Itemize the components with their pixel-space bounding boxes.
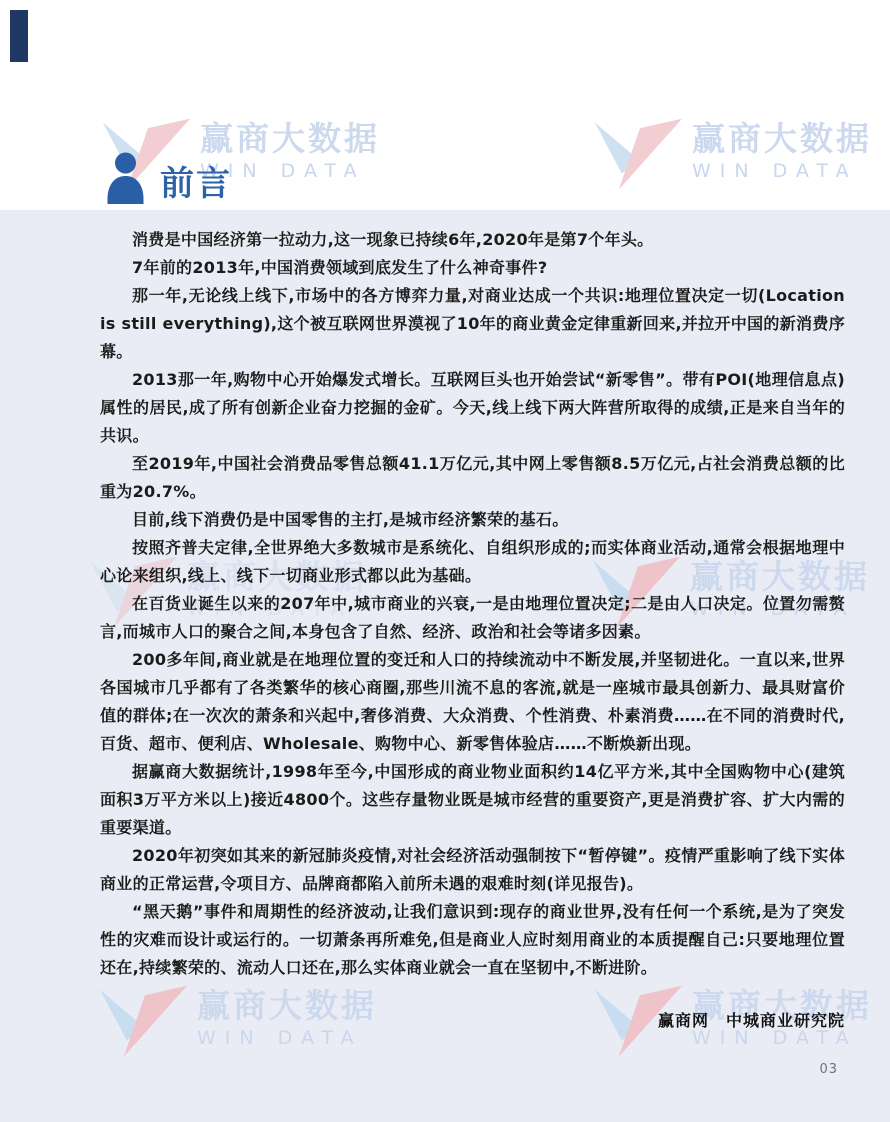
paragraph: 按照齐普夫定律,全世界绝大多数城市是系统化、自组织形成的;而实体商业活动,通常会…	[100, 534, 845, 590]
paragraph: 7年前的2013年,中国消费领域到底发生了什么神奇事件?	[100, 254, 845, 282]
paragraph: 目前,线下消费仍是中国零售的主打,是城市经济繁荣的基石。	[100, 506, 845, 534]
person-icon	[104, 152, 149, 204]
preface-header: 前言	[104, 152, 232, 204]
paragraph: 至2019年,中国社会消费品零售总额41.1万亿元,其中网上零售额8.5万亿元,…	[100, 450, 845, 506]
paragraph: 在百货业诞生以来的207年中,城市商业的兴衰,一是由地理位置决定;二是由人口决定…	[100, 590, 845, 646]
paragraph: 消费是中国经济第一拉动力,这一现象已持续6年,2020年是第7个年头。	[100, 226, 845, 254]
windata-brand-label: 赢商大数据	[692, 122, 872, 157]
windata-arrow-icon	[590, 118, 686, 196]
report-page: 赢商大数据 WIN DATA 赢商大数据 WIN DATA 前言	[0, 0, 890, 1122]
paragraph: 据赢商大数据统计,1998年至今,中国形成的商业物业面积约14亿平方米,其中全国…	[100, 758, 845, 842]
paragraph: 2013那一年,购物中心开始爆发式增长。互联网巨头也开始尝试“新零售”。带有PO…	[100, 366, 845, 450]
paragraph: 那一年,无论线上线下,市场中的各方博弈力量,对商业达成一个共识:地理位置决定一切…	[100, 282, 845, 366]
paragraph: 2020年初突如其来的新冠肺炎疫情,对社会经济活动强制按下“暂停键”。疫情严重影…	[100, 842, 845, 898]
preface-body: 消费是中国经济第一拉动力,这一现象已持续6年,2020年是第7个年头。 7年前的…	[0, 210, 890, 1031]
paragraph: 200多年间,商业就是在地理位置的变迁和人口的持续流动中不断发展,并坚韧进化。一…	[100, 646, 845, 758]
page-number: 03	[819, 1062, 838, 1077]
paragraph: “黑天鹅”事件和周期性的经济波动,让我们意识到:现存的商业世界,没有任何一个系统…	[100, 898, 845, 982]
windata-sub-label: WIN DATA	[692, 160, 872, 182]
windata-logo-text: 赢商大数据 WIN DATA	[692, 118, 872, 182]
content-panel: 赢商大数据 WIN DATA 赢商大数据 WIN DATA 赢商大数据	[0, 210, 890, 1122]
page-title: 前言	[160, 167, 232, 204]
signature: 赢商网 中城商业研究院	[100, 1008, 845, 1031]
windata-watermark-top-right: 赢商大数据 WIN DATA	[590, 118, 872, 196]
page-corner-mark	[10, 10, 28, 62]
